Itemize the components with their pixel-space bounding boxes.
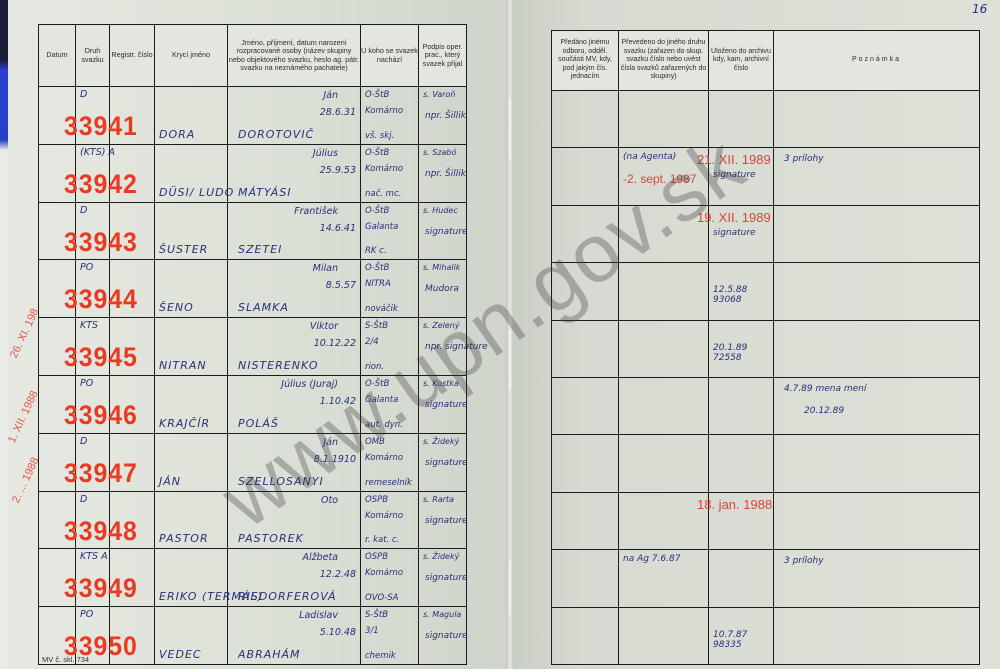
table-row: (KTS) A33942DÜSI/ LUDOJúlius25.9.53MÁTYÁ… — [39, 144, 467, 202]
cell-u-koho: OSPBKomárnor. kat. c. — [361, 491, 419, 549]
officer-name: s. Žideký — [423, 437, 459, 446]
location-line: Galanta — [365, 222, 398, 232]
druh-value: KTS A — [80, 551, 108, 562]
table-row — [552, 91, 980, 148]
location-line: nováčik — [365, 304, 398, 314]
form-footer: MV č. skl. 734 — [42, 655, 89, 664]
cell-kryci: NITRAN — [155, 318, 228, 376]
officer-name: s. Magula — [423, 610, 461, 619]
last-name: DOROTOVIČ — [238, 128, 314, 141]
header-ulozeno: Uloženo do archivu kdy, kam, archivní čí… — [709, 31, 774, 91]
binding-stitch — [509, 560, 511, 615]
archive-number: 10.7.87 98335 — [713, 630, 763, 650]
last-name: SLAMKA — [238, 301, 289, 314]
cell-jmeno: Milan8.5.57SLAMKA — [228, 260, 361, 318]
druh-value: D — [80, 89, 87, 100]
cell-registr — [110, 607, 155, 665]
last-name: NISTERENKO — [238, 359, 319, 372]
location-line: O-ŠtB — [365, 90, 389, 100]
note: 3 prílohy — [784, 154, 824, 164]
cell-druh: PO33944 — [76, 260, 110, 318]
location-line: nač. mc. — [365, 189, 401, 199]
cell-predano — [552, 607, 619, 664]
note: 3 prílohy — [784, 556, 824, 566]
cell-druh: PO33946 — [76, 375, 110, 433]
cell-registr — [110, 433, 155, 491]
location-line: O-ŠtB — [365, 263, 389, 273]
cell-poznamka — [774, 263, 980, 320]
cell-poznamka — [774, 320, 980, 377]
signature: signature — [425, 458, 468, 468]
location-line: RK c. — [365, 246, 387, 256]
cell-prevedeno — [619, 320, 709, 377]
signature: signature — [425, 516, 468, 526]
cell-registr — [110, 87, 155, 145]
cell-u-koho: O-ŠtBKomárnonač. mc. — [361, 144, 419, 202]
table-row: na Ag 7.6.873 prílohy — [552, 550, 980, 607]
header-predano: Předáno jinému odboru, odděl. součásti M… — [552, 31, 619, 91]
location-line: S-ŠtB — [365, 321, 388, 331]
druh-value: D — [80, 205, 87, 216]
page-number: 16 — [972, 2, 987, 16]
cell-kryci: ŠENO — [155, 260, 228, 318]
druh-value: PO — [80, 609, 93, 620]
cell-druh: D33941 — [76, 87, 110, 145]
officer-name: s. Žideký — [423, 552, 459, 561]
officer-name: s. Hudec — [423, 206, 458, 215]
cell-druh: D33948 — [76, 491, 110, 549]
cell-registr — [110, 144, 155, 202]
cell-jmeno: František14.6.41SZETEI — [228, 202, 361, 260]
cell-jmeno: Viktor10.12.22NISTERENKO — [228, 318, 361, 376]
cell-predano — [552, 435, 619, 492]
cell-druh: (KTS) A33942 — [76, 144, 110, 202]
cell-poznamka — [774, 492, 980, 549]
location-line: Komárno — [365, 511, 403, 521]
table-row: 4.7.89 mena mení20.12.89 — [552, 377, 980, 434]
header-jmeno: Jméno, příjmení, datum narození rozpraco… — [228, 25, 361, 87]
cell-jmeno: Július25.9.53MÁTYÁSI — [228, 144, 361, 202]
table-row: 20.1.89 72558 — [552, 320, 980, 377]
first-name: Július — [313, 148, 338, 159]
cell-jmeno: Ján28.6.31DOROTOVIČ — [228, 87, 361, 145]
cell-poznamka — [774, 91, 980, 148]
table-row: 18. jan. 1988 — [552, 492, 980, 549]
cell-podpis: s. Szabónpr. Šillik — [419, 144, 467, 202]
cover-name: NITRAN — [159, 359, 207, 372]
location-line: OVO-SA — [365, 593, 398, 603]
cover-name: DÜSI/ LUDO — [159, 186, 234, 199]
cell-registr — [110, 318, 155, 376]
cell-u-koho: O-ŠtBKomárnovš. skj. — [361, 87, 419, 145]
cover-name: ŠENO — [159, 301, 194, 314]
cell-ulozeno: 20.1.89 72558 — [709, 320, 774, 377]
first-name: Alžbeta — [302, 552, 338, 563]
location-line: Komárno — [365, 164, 403, 174]
cell-ulozeno: 12.5.88 93068 — [709, 263, 774, 320]
cell-druh: KTS A33949 — [76, 549, 110, 607]
header-kryci: Krycí jméno — [155, 25, 228, 87]
location-line: vš. skj. — [365, 131, 394, 141]
location-line: Komárno — [365, 568, 403, 578]
header-podpis: Podpis oper. prac., který svazek přijal — [419, 25, 467, 87]
cell-ulozeno — [709, 377, 774, 434]
cell-predano — [552, 492, 619, 549]
signature: signature — [425, 573, 468, 583]
header-u-koho: U koho se svazek nachází — [361, 25, 419, 87]
cell-prevedeno — [619, 377, 709, 434]
last-name: ABRAHÁM — [238, 648, 301, 661]
cover-name: JÁN — [159, 475, 181, 488]
cell-podpis: s. Magulasignature — [419, 607, 467, 665]
birth-date: 8.5.57 — [326, 280, 356, 291]
cell-druh: D33943 — [76, 202, 110, 260]
cell-predano — [552, 91, 619, 148]
cell-poznamka — [774, 607, 980, 664]
location-line: 2/4 — [365, 337, 379, 347]
cell-jmeno: Alžbeta12.2.48RISDORFEROVÁ — [228, 549, 361, 607]
header-poznamka: Poznámka — [774, 31, 980, 91]
header-datum: Datum — [39, 25, 76, 87]
location-line: OSPB — [365, 495, 388, 505]
first-name: Milan — [313, 263, 338, 274]
location-line: 3/1 — [365, 626, 379, 636]
archive-number: signature — [713, 228, 763, 238]
table-row: 10.7.87 98335 — [552, 607, 980, 664]
cell-registr — [110, 375, 155, 433]
cell-poznamka — [774, 205, 980, 262]
cell-jmeno: Ladislav5.10.48ABRAHÁM — [228, 607, 361, 665]
cell-u-koho: OSPBKomárnoOVO-SA — [361, 549, 419, 607]
cell-u-koho: S-ŠtB3/1chemik — [361, 607, 419, 665]
location-line: r. kat. c. — [365, 535, 399, 545]
note: 4.7.89 mena mení — [784, 384, 866, 394]
cell-poznamka: 3 prílohy — [774, 148, 980, 205]
location-line: remeselník — [365, 478, 412, 488]
first-name: František — [294, 206, 338, 217]
archive-stamp: 18. jan. 1988 — [697, 497, 772, 512]
location-line: Komárno — [365, 106, 403, 116]
birth-date: 28.6.31 — [320, 107, 356, 118]
cell-kryci: DORA — [155, 87, 228, 145]
officer-name: s. Rarta — [423, 495, 454, 504]
last-name: MÁTYÁSI — [238, 186, 292, 199]
signature: Mudora — [425, 284, 459, 294]
location-line: O-ŠtB — [365, 148, 389, 158]
conversion-note: na Ag 7.6.87 — [623, 554, 680, 564]
officer-name: s. Mihalik — [423, 263, 460, 272]
cell-predano — [552, 550, 619, 607]
table-row — [552, 435, 980, 492]
cell-ulozeno: 18. jan. 1988 — [709, 492, 774, 549]
birth-date: 5.10.48 — [320, 627, 356, 638]
cell-podpis: s. Varoňnpr. Šillik — [419, 87, 467, 145]
location-line: NITRA — [365, 279, 391, 289]
cell-kryci: PASTOR — [155, 491, 228, 549]
note: 20.12.89 — [804, 406, 844, 416]
cover-name: ŠUSTER — [159, 243, 208, 256]
table-row: D33943ŠUSTERFrantišek14.6.41SZETEIO-ŠtBG… — [39, 202, 467, 260]
first-name: Ladislav — [299, 610, 338, 621]
cover-name: DORA — [159, 128, 195, 141]
birth-date: 12.2.48 — [320, 569, 356, 580]
table-row: PO33950VEDECLadislav5.10.48ABRAHÁMS-ŠtB3… — [39, 607, 467, 665]
cell-podpis: s. Židekýsignature — [419, 549, 467, 607]
cell-prevedeno — [619, 435, 709, 492]
cell-u-koho: O-ŠtBNITRAnováčik — [361, 260, 419, 318]
cell-ulozeno — [709, 435, 774, 492]
first-name: Ján — [323, 90, 338, 101]
cell-predano — [552, 377, 619, 434]
header-druh: Druh svazku — [76, 25, 110, 87]
druh-value: PO — [80, 378, 93, 389]
location-line: O-ŠtB — [365, 206, 389, 216]
cover-name: KRAJČÍR — [159, 417, 210, 430]
cell-prevedeno: na Ag 7.6.87 — [619, 550, 709, 607]
first-name: Viktor — [310, 321, 338, 332]
last-name: SZETEI — [238, 243, 282, 256]
table-row: KTS A33949ERIKO (TERMÁL)Alžbeta12.2.48RI… — [39, 549, 467, 607]
location-line: OSPB — [365, 552, 388, 562]
cell-kryci: ERIKO (TERMÁL) — [155, 549, 228, 607]
cell-podpis: s. Rartasignature — [419, 491, 467, 549]
cell-registr — [110, 202, 155, 260]
table-row: PO33944ŠENOMilan8.5.57SLAMKAO-ŠtBNITRAno… — [39, 260, 467, 318]
druh-value: KTS — [80, 320, 98, 331]
cell-podpis: s. Hudecsignature — [419, 202, 467, 260]
header-prevedeno: Převedeno do jiného druhu svazku (zařaze… — [619, 31, 709, 91]
archive-number: 20.1.89 72558 — [713, 343, 763, 363]
cell-prevedeno — [619, 607, 709, 664]
druh-value: D — [80, 494, 87, 505]
cell-kryci: KRAJČÍR — [155, 375, 228, 433]
location-line: S-ŠtB — [365, 610, 388, 620]
birth-date: 14.6.41 — [320, 223, 356, 234]
cover-name: PASTOR — [159, 532, 209, 545]
druh-value: PO — [80, 262, 93, 273]
cell-prevedeno — [619, 492, 709, 549]
birth-date: 25.9.53 — [320, 165, 356, 176]
header-registr: Registr. číslo — [110, 25, 155, 87]
cell-druh: D33947 — [76, 433, 110, 491]
cell-druh: KTS33945 — [76, 318, 110, 376]
cell-ulozeno: 10.7.87 98335 — [709, 607, 774, 664]
binding-stitch — [509, 100, 511, 160]
location-line: chemik — [365, 651, 396, 661]
cell-kryci: VEDEC — [155, 607, 228, 665]
cell-kryci: ŠUSTER — [155, 202, 228, 260]
cell-poznamka: 4.7.89 mena mení20.12.89 — [774, 377, 980, 434]
register-table-right: Předáno jinému odboru, odděl. součásti M… — [551, 30, 980, 665]
signature: npr. Šillik — [425, 111, 466, 121]
cell-poznamka: 3 prílohy — [774, 550, 980, 607]
officer-name: s. Szabó — [423, 148, 456, 157]
cell-registr — [110, 549, 155, 607]
cell-registr — [110, 491, 155, 549]
archive-number: 12.5.88 93068 — [713, 285, 763, 305]
cell-kryci: DÜSI/ LUDO — [155, 144, 228, 202]
cell-poznamka — [774, 435, 980, 492]
cell-podpis: s. Židekýsignature — [419, 433, 467, 491]
birth-date: 10.12.22 — [314, 338, 356, 349]
table-row: D33941DORAJán28.6.31DOROTOVIČO-ŠtBKomárn… — [39, 87, 467, 145]
cover-name: VEDEC — [159, 648, 202, 661]
signature: signature — [425, 631, 468, 641]
cell-ulozeno — [709, 550, 774, 607]
signature: signature — [425, 227, 468, 237]
signature: npr. Šillik — [425, 169, 466, 179]
cell-registr — [110, 260, 155, 318]
druh-value: D — [80, 436, 87, 447]
last-name: RISDORFEROVÁ — [238, 590, 337, 603]
officer-name: s. Varoň — [423, 90, 455, 99]
cell-u-koho: O-ŠtBGalantaRK c. — [361, 202, 419, 260]
